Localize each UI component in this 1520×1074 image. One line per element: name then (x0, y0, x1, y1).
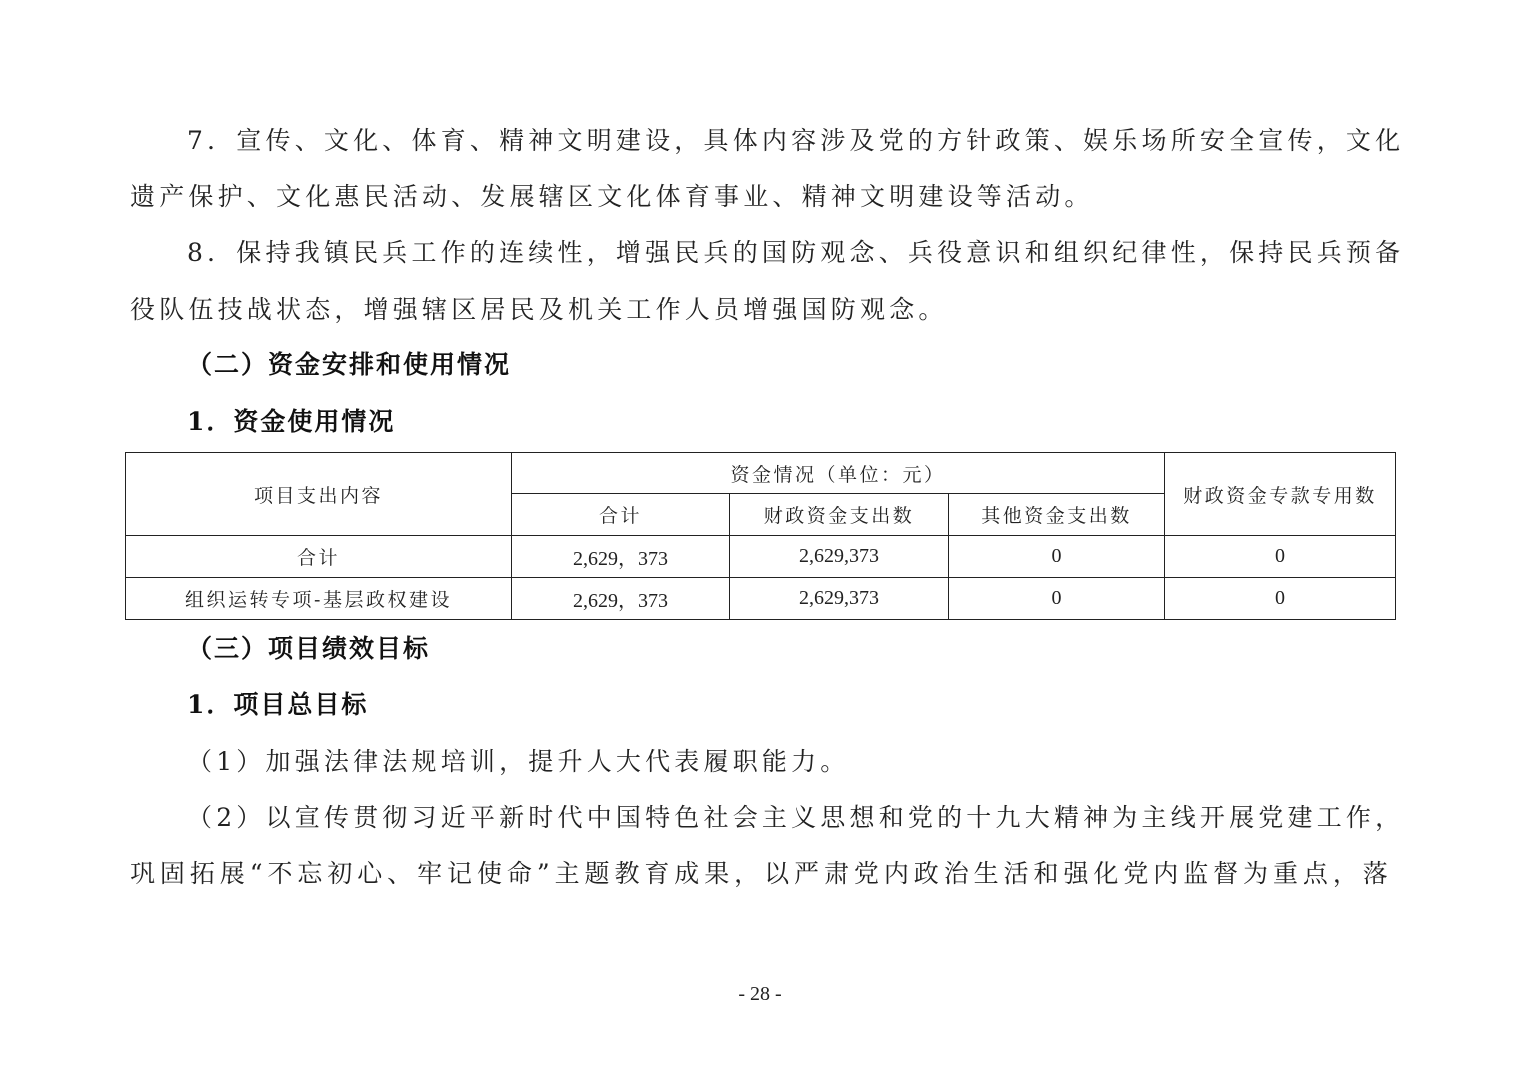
table-row: 组织运转专项-基层政权建设 2,629，373 2,629,373 0 0 (126, 578, 1396, 620)
header-funds-group: 资金情况（单位：元） (512, 453, 1165, 494)
paragraph-goal2-line2: 巩固拓展“不忘初心、牢记使命”主题教育成果，以严肃党内政治生活和强化党内监督为重… (130, 859, 1392, 889)
table-row: 合计 2,629，373 2,629,373 0 0 (126, 536, 1396, 578)
paragraph-goal2-line1: （2）以宣传贯彻习近平新时代中国特色社会主义思想和党的十九大精神为主线开展党建工… (187, 803, 1392, 833)
header-fiscal-earmarked: 财政资金专款专用数 (1165, 453, 1396, 536)
paragraph-goal1: （1）加强法律法规培训，提升人大代表履职能力。 (187, 747, 1392, 777)
header-project-content: 项目支出内容 (126, 453, 512, 536)
row-name: 组织运转专项-基层政权建设 (126, 578, 512, 620)
paragraph-item7-line1: 7．宣传、文化、体育、精神文明建设，具体内容涉及党的方针政策、娱乐场所安全宣传，… (187, 126, 1392, 156)
header-total: 合计 (512, 494, 730, 536)
row-earmarked: 0 (1165, 578, 1396, 620)
row-name: 合计 (126, 536, 512, 578)
subsection-heading-overall-goal: 1．项目总目标 (187, 690, 368, 720)
header-fiscal-expenditure: 财政资金支出数 (730, 494, 949, 536)
header-other-expenditure: 其他资金支出数 (949, 494, 1165, 536)
page-number: - 28 - (0, 983, 1520, 1006)
row-fiscal: 2,629,373 (730, 536, 949, 578)
row-total: 2,629，373 (512, 578, 730, 620)
row-other: 0 (949, 536, 1165, 578)
paragraph-item8-line1: 8．保持我镇民兵工作的连续性，增强民兵的国防观念、兵役意识和组织纪律性，保持民兵… (187, 238, 1392, 268)
row-total: 2,629，373 (512, 536, 730, 578)
section-heading-funding: （二）资金安排和使用情况 (187, 350, 511, 380)
row-earmarked: 0 (1165, 536, 1396, 578)
section-heading-performance-goals: （三）项目绩效目标 (187, 634, 430, 664)
row-other: 0 (949, 578, 1165, 620)
row-fiscal: 2,629,373 (730, 578, 949, 620)
subsection-heading-fund-usage: 1．资金使用情况 (187, 407, 395, 437)
paragraph-item8-line2: 役队伍技战状态，增强辖区居民及机关工作人员增强国防观念。 (130, 295, 1392, 325)
paragraph-item7-line2: 遗产保护、文化惠民活动、发展辖区文化体育事业、精神文明建设等活动。 (130, 182, 1392, 212)
funds-usage-table: 项目支出内容 资金情况（单位：元） 财政资金专款专用数 合计 财政资金支出数 其… (125, 452, 1396, 620)
